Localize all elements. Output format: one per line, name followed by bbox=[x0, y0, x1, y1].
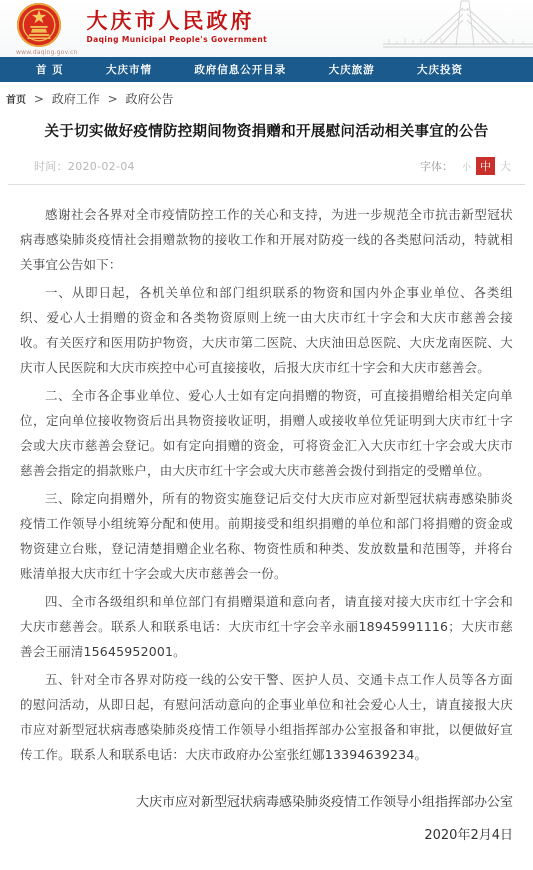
nav-item-info-disclosure[interactable]: 政府信息公开目录 bbox=[194, 62, 286, 77]
site-header: www.daqing.gov.cn 大庆市人民政府 Daqing Municip… bbox=[0, 0, 533, 57]
national-emblem-icon bbox=[16, 2, 62, 48]
signature-office: 大庆市应对新型冠状病毒感染肺炎疫情工作领导小组指挥部办公室 bbox=[20, 791, 513, 810]
meta-divider bbox=[8, 184, 525, 185]
article-paragraph-3: 三、除定向捐赠外，所有的物资实施登记后交付大庆市应对新型冠状病毒感染肺炎疫情工作… bbox=[20, 486, 513, 586]
site-name: 大庆市人民政府 bbox=[87, 9, 268, 33]
font-size-label: 字体： bbox=[420, 158, 453, 174]
breadcrumb-gov-notice: 政府公告 bbox=[125, 92, 173, 106]
main-nav: 首 页 大庆市情 政府信息公开目录 大庆旅游 大庆投资 bbox=[0, 57, 533, 82]
breadcrumb: 首页 > 政府工作 > 政府公告 bbox=[6, 90, 533, 107]
nav-item-home[interactable]: 首 页 bbox=[36, 62, 64, 77]
article-paragraph-2: 二、全市各企事业单位、爱心人士如有定向捐赠的物资，可直接捐赠给相关定向单位，定向… bbox=[20, 383, 513, 483]
article-paragraph-intro: 感谢社会各界对全市疫情防控工作的关心和支持，为进一步规范全市抗击新型冠状病毒感染… bbox=[20, 202, 513, 277]
article-paragraph-1: 一、从即日起，各机关单位和部门组织联系的物资和国内外企事业单位、各类组织、爱心人… bbox=[20, 280, 513, 380]
breadcrumb-separator: > bbox=[108, 92, 118, 106]
breadcrumb-gov-work[interactable]: 政府工作 bbox=[52, 92, 100, 106]
article-paragraph-4: 四、全市各级组织和单位部门有捐赠渠道和意向者，请直接对接大庆市红十字会和大庆市慈… bbox=[20, 589, 513, 664]
page: www.daqing.gov.cn 大庆市人民政府 Daqing Municip… bbox=[0, 0, 533, 870]
font-size-medium-button[interactable]: 中 bbox=[476, 157, 495, 175]
signature-date: 2020年2月4日 bbox=[20, 824, 513, 843]
page-title: 关于切实做好疫情防控期间物资捐赠和开展慰问活动相关事宜的公告 bbox=[0, 120, 533, 141]
nav-item-city-overview[interactable]: 大庆市情 bbox=[106, 62, 152, 77]
time-label: 时间： bbox=[34, 160, 68, 173]
bridge-sketch-image bbox=[383, 0, 533, 57]
site-name-english: Daqing Municipal People's Government bbox=[87, 35, 268, 44]
article-body: 感谢社会各界对全市疫情防控工作的关心和支持，为进一步规范全市抗击新型冠状病毒感染… bbox=[20, 202, 513, 767]
font-size-large-button[interactable]: 大 bbox=[500, 158, 511, 174]
nav-item-investment[interactable]: 大庆投资 bbox=[417, 62, 463, 77]
signature-block: 大庆市应对新型冠状病毒感染肺炎疫情工作领导小组指挥部办公室 2020年2月4日 bbox=[20, 791, 513, 843]
publish-time: 时间：2020-02-04 bbox=[34, 158, 135, 174]
time-value: 2020-02-04 bbox=[68, 160, 135, 173]
site-logo[interactable]: www.daqing.gov.cn 大庆市人民政府 Daqing Municip… bbox=[16, 2, 267, 56]
nav-item-tourism[interactable]: 大庆旅游 bbox=[329, 62, 375, 77]
font-size-selector: 字体： 小 中 大 bbox=[420, 157, 511, 175]
breadcrumb-separator: > bbox=[34, 92, 44, 106]
site-url: www.daqing.gov.cn bbox=[16, 49, 78, 56]
site-title-block: 大庆市人民政府 Daqing Municipal People's Govern… bbox=[87, 2, 268, 44]
article-paragraph-5: 五、针对全市各界对防疫一线的公安干警、医护人员、交通卡点工作人员等各方面的慰问活… bbox=[20, 667, 513, 767]
article-meta-row: 时间：2020-02-04 字体： 小 中 大 bbox=[34, 157, 511, 175]
breadcrumb-home[interactable]: 首页 bbox=[6, 95, 26, 106]
font-size-small-button[interactable]: 小 bbox=[462, 160, 471, 173]
emblem-column: www.daqing.gov.cn bbox=[16, 2, 78, 56]
